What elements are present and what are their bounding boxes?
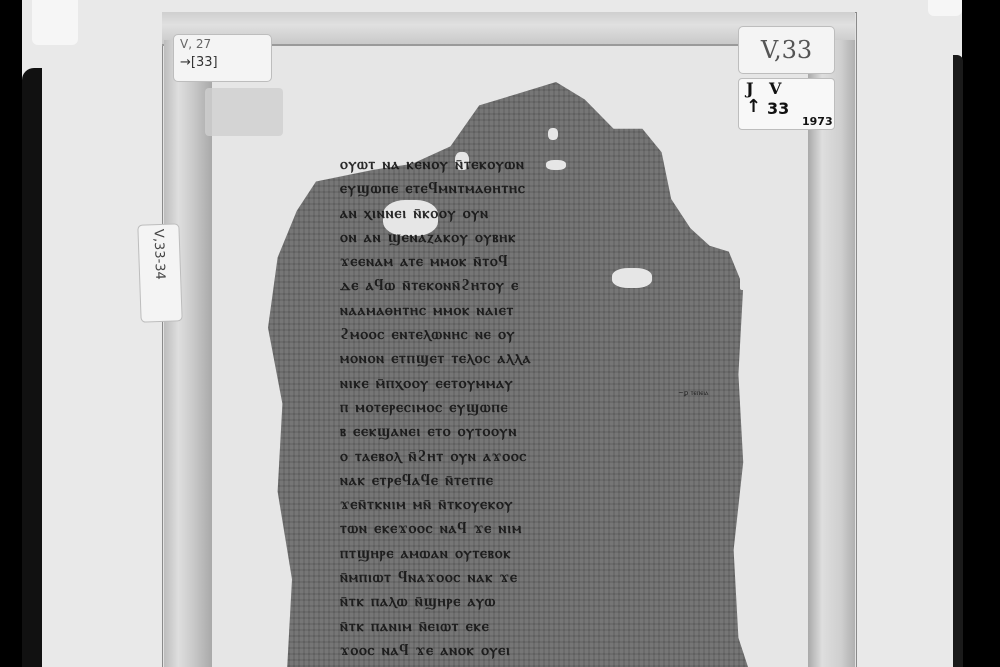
film-edge-right — [953, 55, 963, 667]
text-line: ⲙⲟⲛⲟⲛ ⲉⲧⲡϣⲉⲧ ⲧⲉⲗⲟⲥ ⲁⲗⲗⲁ — [340, 346, 700, 370]
text-line: ϫⲉⲉⲛⲁⲙ ⲁⲧⲉ ⲙⲙⲟⲕ ⲛ̄ⲧⲟϥ — [340, 249, 700, 273]
text-line: ⲡ ⲙⲟⲧⲉⲣⲉⲥⲓⲙⲟⲥ ⲉⲩϣⲱⲡⲉ — [340, 395, 700, 419]
text-line: ϩⲙⲟⲟⲥ ⲉⲛⲧⲉⲗⲱⲛⲏⲥ ⲛⲉ ⲟⲩ — [340, 322, 700, 346]
tag-numeral: V — [769, 79, 781, 98]
papyrus-hole — [548, 128, 558, 140]
label-line: V, 27 — [180, 37, 211, 51]
margin-note: ~ꝑ ⲧⲉⲡⲉⲓⲁ — [678, 389, 709, 398]
tag-year: 1973 — [802, 115, 833, 128]
text-line: ⲛⲁⲁⲙⲁⲑⲏⲧⲏⲥ ⲙⲙⲟⲕ ⲛⲁⲓⲉⲧ — [340, 298, 700, 322]
papyrus-edge-gap — [740, 250, 748, 290]
archive-tag-top-right: J V ↑ 33 1973 — [738, 78, 835, 130]
film-notch — [928, 0, 962, 16]
text-line: ⲡⲧϣⲏⲣⲉ ⲁⲙⲱⲁⲛ ⲟⲩⲧⲉⲃⲟⲕ — [340, 541, 700, 565]
archive-label-top-right: V,33 — [738, 26, 835, 74]
text-line: ⲛⲓⲕⲉ ⲙ̄ⲡⲭⲟⲟⲩ ⲉⲉⲧⲟⲩⲙⲙⲁⲩ — [340, 371, 700, 395]
film-edge-left — [22, 68, 42, 667]
frame-rail-right — [808, 40, 855, 667]
text-line: ⲟ ⲧⲁⲉⲃⲟⲗ ⲛ̄ϩⲏⲧ ⲟⲩⲛ ⲁϫⲟⲟⲥ — [340, 444, 700, 468]
text-line: ⲧⲱⲛ ⲉⲕⲉϫⲟⲟⲥ ⲛⲁϥ ϫⲉ ⲛⲓⲙ — [340, 516, 700, 540]
text-line: ϫⲉⲛ̄ⲧⲕⲛⲓⲙ ⲙⲛ̄ ⲛ̄ⲧⲕⲟⲩⲉⲕⲟⲩ — [340, 492, 700, 516]
text-line: ⲁⲛ ⲭⲓⲛⲛⲉⲓ ⲛ̄ⲕⲟⲟⲩ ⲟⲩⲛ — [340, 201, 700, 225]
text-line: ⲃ ⲉⲉⲕϣⲁⲛⲉⲓ ⲉⲧⲟ ⲟⲩⲧⲟⲟⲩⲛ — [340, 419, 700, 443]
text-line: ϫⲟⲟⲥ ⲛⲁϥ ϫⲉ ⲁⲛⲟⲕ ⲟⲩⲉⲓ — [340, 638, 700, 662]
text-line: ⲇⲉ ⲁϥⲱ ⲛ̄ⲧⲉⲕⲟⲛⲛ̄ϩⲏⲧⲟⲩ ⲉ — [340, 273, 700, 297]
text-line: ⲟⲛ ⲁⲛ ϣⲉⲛⲁⲍⲁⲕⲟⲩ ⲟⲩⲃⲏⲕ — [340, 225, 700, 249]
tag-page: 33 — [767, 99, 789, 118]
archive-label-left: V,33-34 — [137, 223, 182, 322]
film-notch — [32, 0, 78, 45]
label-line: V,33-34 — [150, 229, 167, 280]
text-line: ⲛⲁⲕ ⲉⲧⲣⲉϥⲁϥⲉ ⲛ̄ⲧⲉⲧⲡⲉ — [340, 468, 700, 492]
arrow-up-icon: ↑ — [746, 96, 761, 117]
label-line: →[33] — [180, 55, 218, 70]
coptic-text: ⲟⲩⲱⲧ ⲛⲁ ⲕⲉⲛⲟⲩ ⲛ̄ⲧⲉⲕⲟⲩⲱⲛ ⲉⲩϣⲱⲡⲉ ⲉⲧⲉϥⲙⲛⲧⲙⲁ… — [340, 152, 700, 662]
text-line: ⲛ̄ⲧⲕ ⲡⲁⲗⲱ ⲛ̄ϣⲏⲣⲉ ⲁⲩⲱ — [340, 589, 700, 613]
archive-label-top-left: V, 27 →[33] — [173, 34, 272, 82]
text-line: ⲛ̄ⲙⲡⲓⲱⲧ ϥⲛⲁϫⲟⲟⲥ ⲛⲁⲕ ϫⲉ — [340, 565, 700, 589]
text-line: ⲛ̄ⲧⲕ ⲡⲁⲛⲓⲙ ⲛ̄ⲉⲓⲱⲧ ⲉⲕⲉ — [340, 614, 700, 638]
glass-smudge — [205, 88, 283, 136]
text-line: ⲟⲩⲱⲧ ⲛⲁ ⲕⲉⲛⲟⲩ ⲛ̄ⲧⲉⲕⲟⲩⲱⲛ — [340, 152, 700, 176]
text-line: ⲉⲩϣⲱⲡⲉ ⲉⲧⲉϥⲙⲛⲧⲙⲁⲑⲏⲧⲏⲥ — [340, 176, 700, 200]
